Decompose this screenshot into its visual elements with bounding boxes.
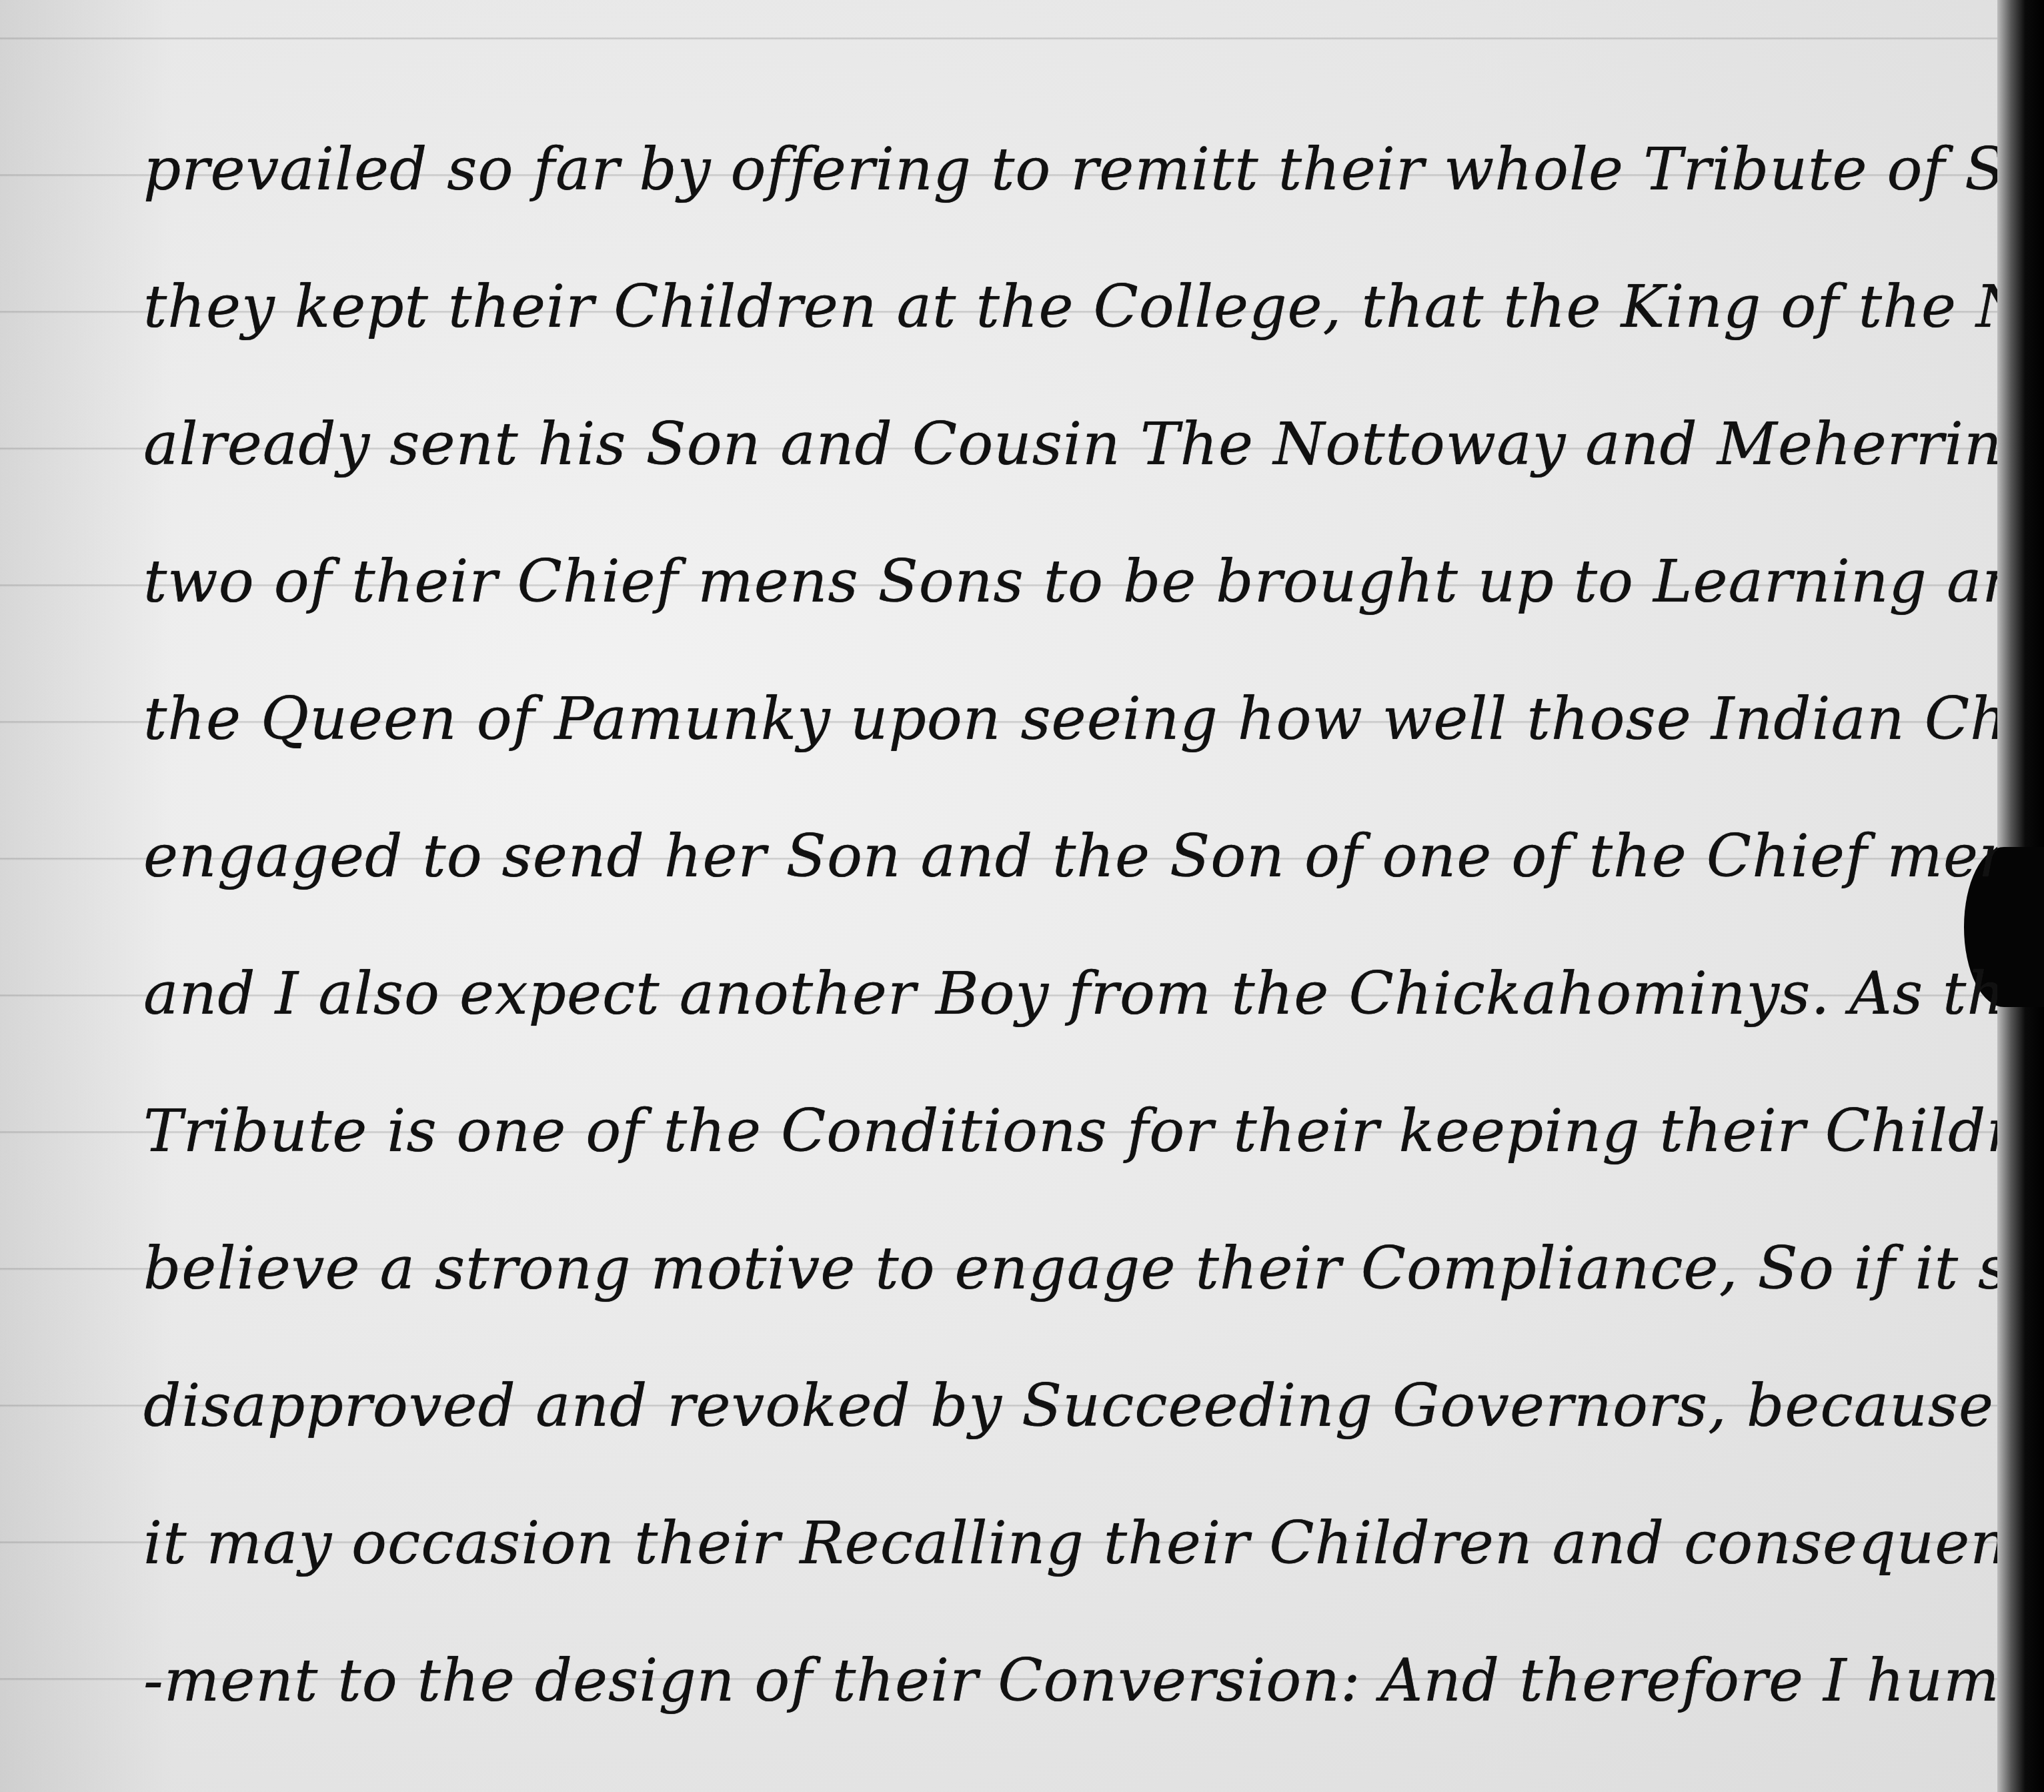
manuscript-line: the Queen of Pamunky upon seeing how wel… (143, 650, 1997, 787)
manuscript-line: already sent his Son and Cousin The Nott… (143, 375, 1997, 512)
manuscript-line: prevailed so far by offering to remitt t… (143, 100, 1997, 237)
manuscript-line: -ment to the design of their Conversion:… (143, 1611, 1997, 1749)
manuscript-line: Tribute is one of the Conditions for the… (143, 1062, 1997, 1199)
manuscript-line: it may occasion their Recalling their Ch… (143, 1474, 1997, 1611)
manuscript-line: two of their Chief mens Sons to be broug… (143, 512, 1997, 650)
manuscript-line: disapproved and revoked by Succeeding Go… (143, 1336, 1997, 1474)
manuscript-line: believe a strong motive to engage their … (143, 1199, 1997, 1336)
manuscript-line: and I also expect another Boy from the C… (143, 924, 1997, 1062)
manuscript-text: prevailed so far by offering to remitt t… (143, 100, 1997, 1749)
manuscript-line: engaged to send her Son and the Son of o… (143, 787, 1997, 924)
manuscript-line: they kept their Children at the College,… (143, 237, 1997, 375)
